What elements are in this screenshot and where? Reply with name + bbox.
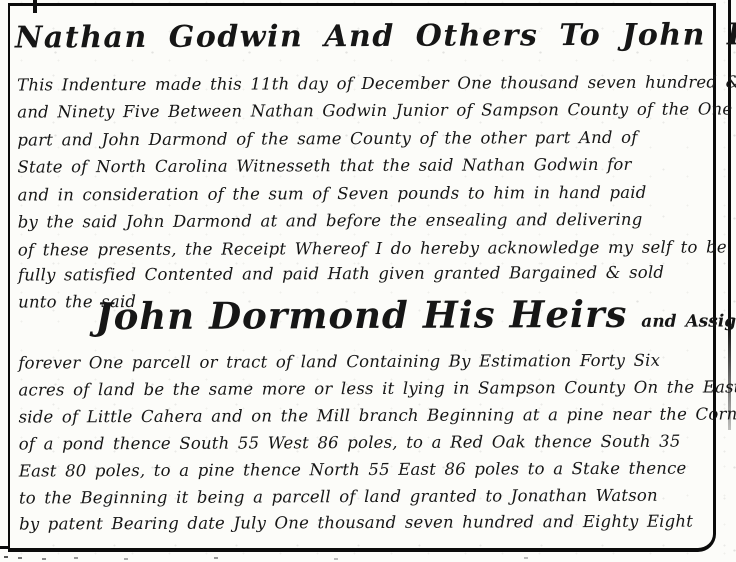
deed-line: and in consideration of the sum of Seven… xyxy=(18,182,718,204)
grantee-heading-suffix: and Assigns xyxy=(641,311,736,332)
grantee-heading-main: John Dormond His Heirs xyxy=(95,292,627,338)
deed-line: side of Little Cahera and on the Mill br… xyxy=(19,404,719,426)
deed-line: fully satisfied Contented and paid Hath … xyxy=(18,262,718,284)
deed-title: Nathan Godwin And Others To John Dormand xyxy=(15,17,715,55)
deed-line: to the Beginning it being a parcell of l… xyxy=(19,485,719,507)
deed-line: by patent Bearing date July One thousand… xyxy=(19,511,719,533)
deed-line: by the said John Darmond at and before t… xyxy=(18,209,718,231)
deed-line: part and John Darmond of the same County… xyxy=(17,127,717,149)
deed-line: forever One parcell or tract of land Con… xyxy=(18,350,718,372)
deed-line: State of North Carolina Witnesseth that … xyxy=(17,154,717,176)
deed-line: East 80 poles, to a pine thence North 55… xyxy=(19,458,719,480)
deed-line: of a pond thence South 55 West 86 poles,… xyxy=(19,431,719,453)
deed-line: and Ninety Five Between Nathan Godwin Ju… xyxy=(17,99,717,121)
handwritten-text-layer: Nathan Godwin And Others To John Dormand… xyxy=(0,0,736,562)
document-scan: Nathan Godwin And Others To John Dormand… xyxy=(0,0,736,562)
grantee-heading: John Dormond His Heirs and Assigns xyxy=(95,291,736,338)
deed-line: This Indenture made this 11th day of Dec… xyxy=(17,72,717,94)
deed-line: acres of land be the same more or less i… xyxy=(18,377,718,399)
deed-line: of these presents, the Receipt Whereof I… xyxy=(18,237,718,259)
